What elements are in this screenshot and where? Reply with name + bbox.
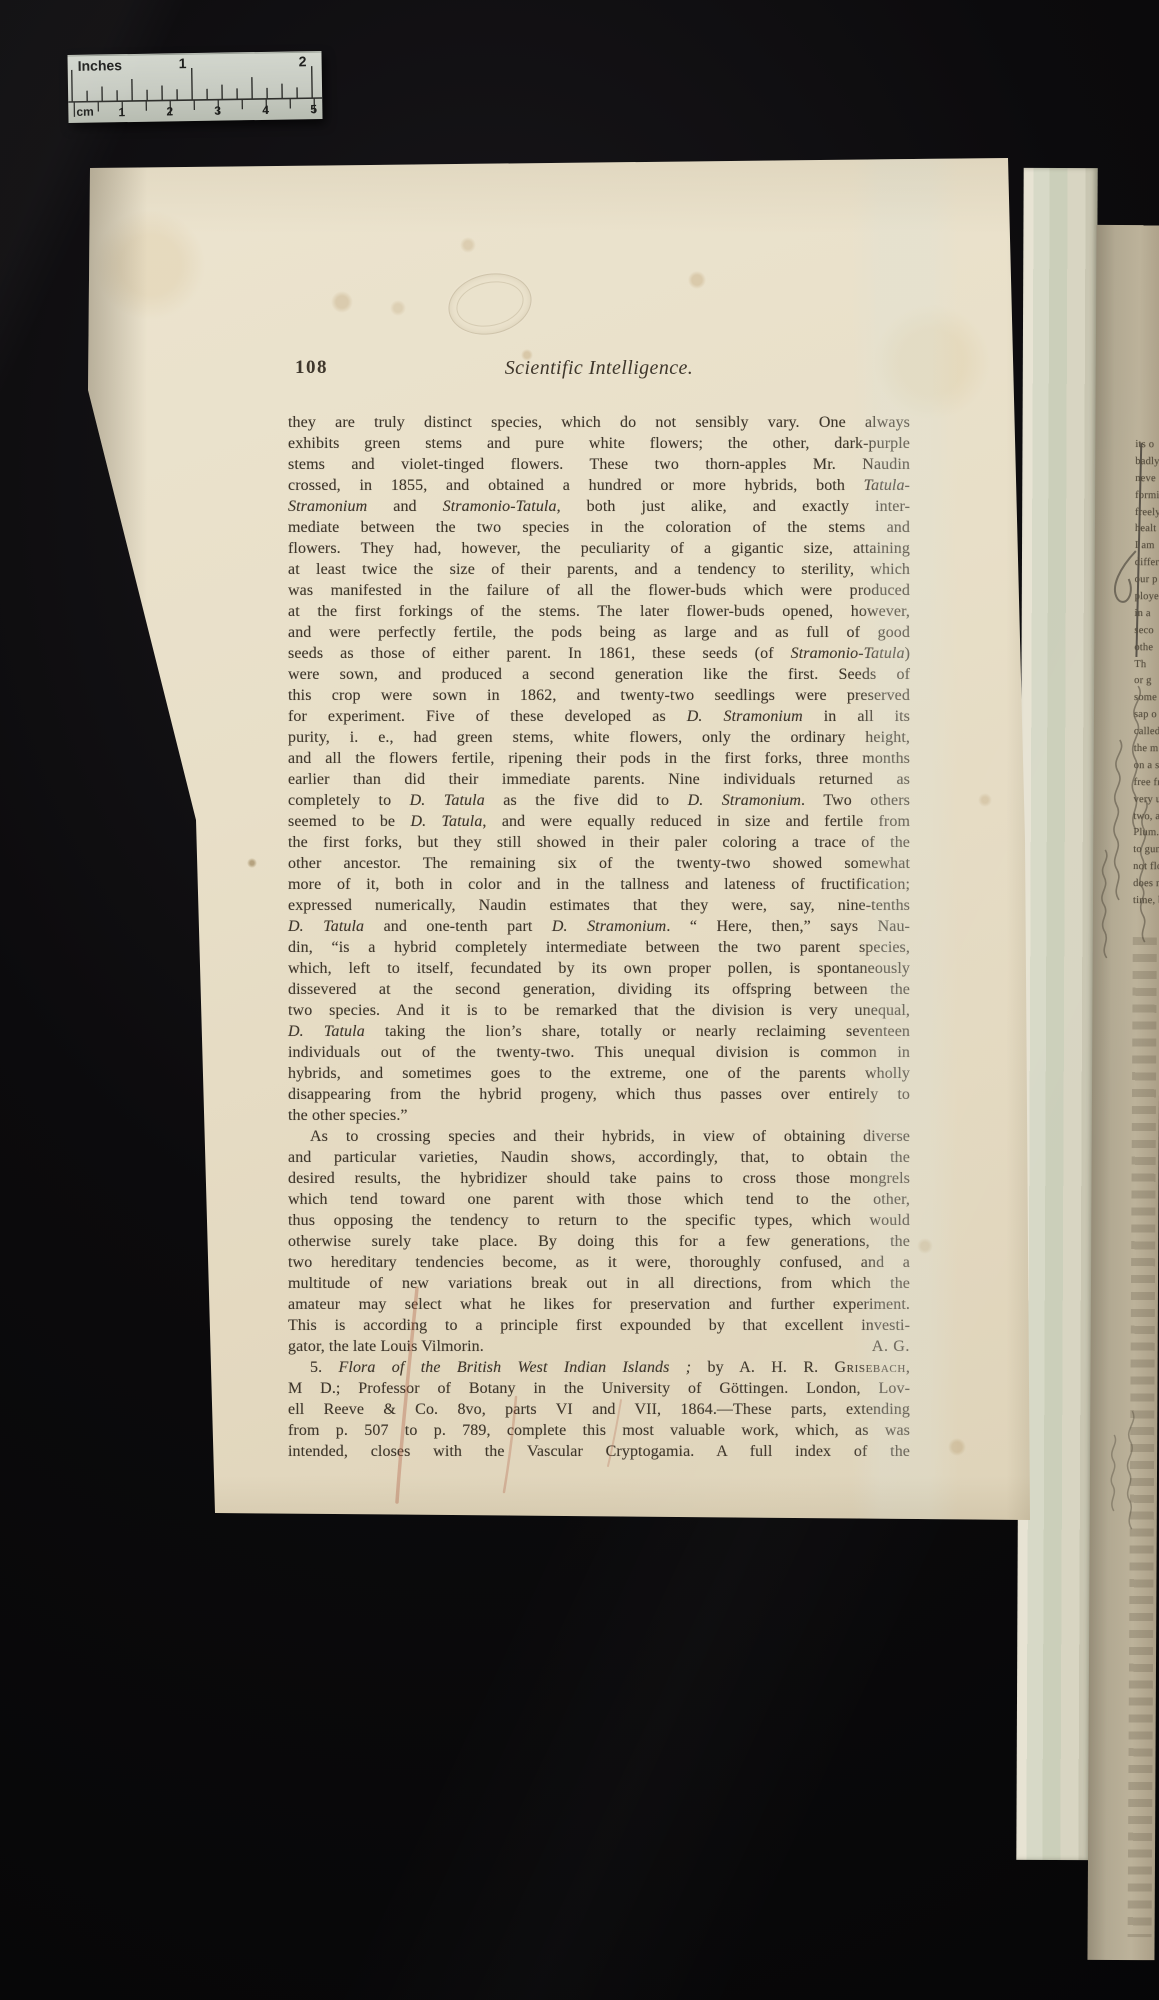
text-line: two species. And it is to be remarked th… [288, 1000, 910, 1021]
measurement-ruler: Inches cm 12 12345 [67, 51, 322, 123]
text-segment: desired results, the hybridizer should t… [288, 1170, 910, 1187]
next-page-text-fragment: not flo [1133, 859, 1159, 876]
text-segment: , [906, 1359, 910, 1376]
text-line: This is according to a principle first e… [288, 1315, 910, 1336]
text-segment: other ancestor. The remaining six of the… [288, 855, 910, 872]
text-segment: Tatula- [864, 477, 910, 494]
next-page-text-fragment: very u [1133, 792, 1159, 809]
text-line: otherwise surely take place. By doing th… [288, 1231, 910, 1252]
next-page-text-fragment: I am [1135, 538, 1159, 555]
text-line: disappearing from the hybrid progeny, wh… [288, 1084, 910, 1105]
text-segment: purity, i. e., had green stems, white fl… [288, 729, 910, 746]
text-line: individuals out of the twenty-two. This … [288, 1042, 910, 1063]
next-page-text-fragment: Plum. [1133, 826, 1159, 843]
text-line: intended, closes with the Vascular Crypt… [288, 1441, 910, 1462]
next-page-text-fragment: badly [1135, 454, 1159, 471]
ruler-cm-number: 5 [310, 102, 317, 116]
next-page-text-fragment: seco [1134, 623, 1159, 640]
text-line: amateur may select what he likes for pre… [288, 1294, 910, 1315]
text-segment: D. Tatula [410, 792, 485, 809]
text-line: din, “is a hybrid completely intermediat… [288, 937, 910, 958]
next-page-text-fragment: some [1134, 690, 1159, 707]
text-segment: and were perfectly fertile, the pods bei… [288, 624, 910, 641]
text-segment: D. Tatula [288, 918, 364, 935]
text-segment: and [367, 498, 442, 515]
text-line: at the first forkings of the stems. The … [288, 601, 910, 622]
text-segment: ell Reeve & Co. 8vo, parts VI and VII, 1… [288, 1401, 910, 1418]
text-segment: amateur may select what he likes for pre… [288, 1296, 910, 1313]
text-line: stems and violet-tinged flowers. These t… [288, 454, 910, 475]
text-line: other ancestor. The remaining six of the… [288, 853, 910, 874]
text-segment: for experiment. Five of these developed … [288, 708, 687, 725]
ruler-inch-number: 1 [178, 55, 186, 71]
next-page-text-fragment: to gum [1133, 842, 1159, 859]
text-segment: hybrids, and sometimes goes to the extre… [288, 1065, 910, 1082]
text-block: they are truly distinct species, which d… [288, 412, 910, 1462]
next-page-text-fragment: neve [1135, 471, 1159, 488]
text-segment: flowers. They had, however, the peculiar… [288, 540, 910, 557]
text-segment: earlier than did their immediate parents… [288, 771, 910, 788]
text-line: expressed numerically, Naudin estimates … [288, 895, 910, 916]
text-segment: . “ Here, then,” says Nau- [666, 918, 910, 935]
text-line: M D.; Professor of Botany in the Univers… [288, 1378, 910, 1399]
next-page-text-fragment: its o [1135, 437, 1159, 454]
text-segment: and all the flowers fertile, ripening th… [288, 750, 910, 767]
text-line: at least twice the size of their parents… [288, 559, 910, 580]
text-line: D. Tatula and one-tenth part D. Stramoni… [288, 916, 910, 937]
next-page-edge: its obadlyneveformifreelyhealtI amdiffer… [1087, 225, 1159, 1960]
page-header: 108 Scientific Intelligence. [288, 357, 910, 387]
text-line: which tend toward one parent with those … [288, 1189, 910, 1210]
text-line: and were perfectly fertile, the pods bei… [288, 622, 910, 643]
text-segment: this crop were sown in 1862, and twenty-… [288, 687, 910, 704]
text-segment: were sown, and produced a second generat… [288, 666, 910, 683]
text-line: hybrids, and sometimes goes to the extre… [288, 1063, 910, 1084]
text-segment: As to crossing species and their hybrids… [310, 1128, 910, 1145]
text-segment: , and were equally reduced in size and f… [482, 813, 910, 830]
text-line: completely to D. Tatula as the five did … [288, 790, 910, 811]
text-line: and all the flowers fertile, ripening th… [288, 748, 910, 769]
text-line: the other species.” [288, 1105, 910, 1126]
text-line: dissevered at the second generation, div… [288, 979, 910, 1000]
text-line: and particular varieties, Naudin shows, … [288, 1147, 910, 1168]
text-segment: seeds as those of either parent. In 1861… [288, 645, 791, 662]
text-segment: , both just alike, and exactly inter- [557, 498, 910, 515]
text-segment: Stramonium [288, 498, 367, 515]
next-page-text-fragment: Th [1134, 657, 1159, 674]
next-page-text-fragment: our p [1135, 572, 1159, 589]
next-page-text-fragment: in a [1134, 606, 1159, 623]
next-page-text-fragment: or g [1134, 674, 1159, 691]
text-segment: intended, closes with the Vascular Crypt… [288, 1443, 910, 1460]
ruler-inch-number: 2 [298, 53, 306, 69]
text-segment: seemed to be [288, 813, 410, 830]
text-line: purity, i. e., had green stems, white fl… [288, 727, 910, 748]
text-segment: dissevered at the second generation, div… [288, 981, 910, 998]
text-segment: D. Stramonium [552, 918, 666, 935]
book-page: 108 Scientific Intelligence. they are tr… [80, 150, 1045, 1545]
text-segment: from p. 507 to p. 789, complete this mos… [288, 1422, 910, 1439]
text-line: for experiment. Five of these developed … [288, 706, 910, 727]
text-segment: more of it, both in color and in the tal… [288, 876, 910, 893]
text-segment: and one-tenth part [364, 918, 552, 935]
text-segment: taking the lion’s share, totally or near… [365, 1023, 910, 1040]
text-segment: the first forks, but they still showed i… [288, 834, 910, 851]
text-segment: in all its [803, 708, 910, 725]
text-line: multitude of new variations break out in… [288, 1273, 910, 1294]
text-line: flowers. They had, however, the peculiar… [288, 538, 910, 559]
text-segment: the other species.” [288, 1107, 408, 1124]
text-segment: . Two others [801, 792, 910, 809]
ruler-cm-number: 2 [166, 104, 173, 118]
text-segment: two hereditary tendencies become, as it … [288, 1254, 910, 1271]
text-line: seeds as those of either parent. In 1861… [288, 643, 910, 664]
ruler-cm-number: 3 [214, 104, 221, 118]
text-segment: expressed numerically, Naudin estimates … [288, 897, 910, 914]
text-line: exhibits green stems and pure white flow… [288, 433, 910, 454]
text-line: desired results, the hybridizer should t… [288, 1168, 910, 1189]
next-page-text-fragment: othe [1134, 640, 1159, 657]
text-line: which, left to itself, fecundated by its… [288, 958, 910, 979]
text-segment: Flora of the British West Indian Islands… [339, 1359, 692, 1376]
text-line: this crop were sown in 1862, and twenty-… [288, 685, 910, 706]
text-segment: M D.; Professor of Botany in the Univers… [288, 1380, 910, 1397]
ruler-cm-number: 4 [262, 103, 269, 117]
photo-scene: its obadlyneveformifreelyhealtI amdiffer… [0, 0, 1159, 2000]
text-line: more of it, both in color and in the tal… [288, 874, 910, 895]
next-page-text-fragment: free fr [1134, 775, 1159, 792]
text-line: they are truly distinct species, which d… [288, 412, 910, 433]
text-line: two hereditary tendencies become, as it … [288, 1252, 910, 1273]
text-segment: Stramonio-Tatula [443, 498, 557, 515]
text-segment: disappearing from the hybrid progeny, wh… [288, 1086, 910, 1103]
next-page-text-fragment: does n [1133, 876, 1159, 893]
text-line: mediate between the two species in the c… [288, 517, 910, 538]
text-segment: they are truly distinct species, which d… [288, 414, 910, 431]
text-segment: at least twice the size of their parents… [288, 561, 910, 578]
next-page-text-fragment: healt [1135, 521, 1159, 538]
text-segment: otherwise surely take place. By doing th… [288, 1233, 910, 1250]
text-segment: Grisebach [835, 1359, 906, 1376]
next-page-text-fragment: formi [1135, 488, 1159, 505]
text-segment: This is according to a principle first e… [288, 1317, 910, 1334]
text-segment: ) [905, 645, 910, 662]
text-segment: by A. H. R. [691, 1359, 834, 1376]
text-segment: was manifested in the failure of all the… [288, 582, 910, 599]
text-line: D. Tatula taking the lion’s share, total… [288, 1021, 910, 1042]
text-line: were sown, and produced a second generat… [288, 664, 910, 685]
text-segment: stems and violet-tinged flowers. These t… [288, 456, 910, 473]
text-line: crossed, in 1855, and obtained a hundred… [288, 475, 910, 496]
text-segment: completely to [288, 792, 410, 809]
text-segment: exhibits green stems and pure white flow… [288, 435, 910, 452]
text-segment: as the five did to [485, 792, 688, 809]
text-segment: gator, the late Louis Vilmorin. [288, 1338, 484, 1355]
text-line: Stramonium and Stramonio-Tatula, both ju… [288, 496, 910, 517]
text-segment: 5. [310, 1359, 339, 1376]
next-page-text-fragment: sap o [1134, 707, 1159, 724]
text-segment: D. Stramonium [687, 708, 803, 725]
text-line: As to crossing species and their hybrids… [288, 1126, 910, 1147]
text-segment: din, “is a hybrid completely intermediat… [288, 939, 910, 956]
text-segment: thus opposing the tendency to return to … [288, 1212, 910, 1229]
text-segment: two species. And it is to be remarked th… [288, 1002, 910, 1019]
next-page-text-fragment: the m [1134, 741, 1159, 758]
text-line: gator, the late Louis Vilmorin.A. G. [288, 1336, 910, 1357]
ruler-cm-number: 1 [118, 105, 125, 119]
text-segment: mediate between the two species in the c… [288, 519, 910, 536]
next-page-text-fragment: two, a [1133, 809, 1159, 826]
text-line: ell Reeve & Co. 8vo, parts VI and VII, 1… [288, 1399, 910, 1420]
text-line: the first forks, but they still showed i… [288, 832, 910, 853]
page-stack-edge [1016, 168, 1097, 1860]
running-head: Scientific Intelligence. [288, 357, 910, 380]
signature: A. G. [872, 1336, 910, 1357]
ruler-inches-label: Inches [78, 57, 123, 74]
blurred-text-lines [1128, 937, 1157, 1937]
text-line: thus opposing the tendency to return to … [288, 1210, 910, 1231]
text-segment: Stramonio-Tatula [791, 645, 905, 662]
text-segment: multitude of new variations break out in… [288, 1275, 910, 1292]
next-page-text-fragment: time, b [1133, 893, 1159, 910]
embossed-stamp [443, 266, 538, 342]
text-segment: and particular varieties, Naudin shows, … [288, 1149, 910, 1166]
text-segment: D. Stramonium [688, 792, 801, 809]
next-page-text-fragment: freely [1135, 505, 1159, 522]
text-segment: crossed, in 1855, and obtained a hundred… [288, 477, 864, 494]
text-segment: D. Tatula [288, 1023, 365, 1040]
next-page-text-fragment: ploye [1135, 589, 1159, 606]
text-line: seemed to be D. Tatula, and were equally… [288, 811, 910, 832]
text-segment: D. Tatula [410, 813, 482, 830]
next-page-text-column: its obadlyneveformifreelyhealtI amdiffer… [1133, 437, 1159, 910]
text-line: earlier than did their immediate parents… [288, 769, 910, 790]
next-page-text-fragment: differ [1135, 555, 1159, 572]
text-segment: at the first forkings of the stems. The … [288, 603, 910, 620]
ruler-cm-label: cm [76, 105, 94, 119]
text-line: was manifested in the failure of all the… [288, 580, 910, 601]
next-page-text-fragment: called [1134, 724, 1159, 741]
text-segment: individuals out of the twenty-two. This … [288, 1044, 910, 1061]
text-segment: which, left to itself, fecundated by its… [288, 960, 910, 977]
text-segment: which tend toward one parent with those … [288, 1191, 910, 1208]
text-line: 5. Flora of the British West Indian Isla… [288, 1357, 910, 1378]
text-line: from p. 507 to p. 789, complete this mos… [288, 1420, 910, 1441]
next-page-text-fragment: on a s [1134, 758, 1159, 775]
